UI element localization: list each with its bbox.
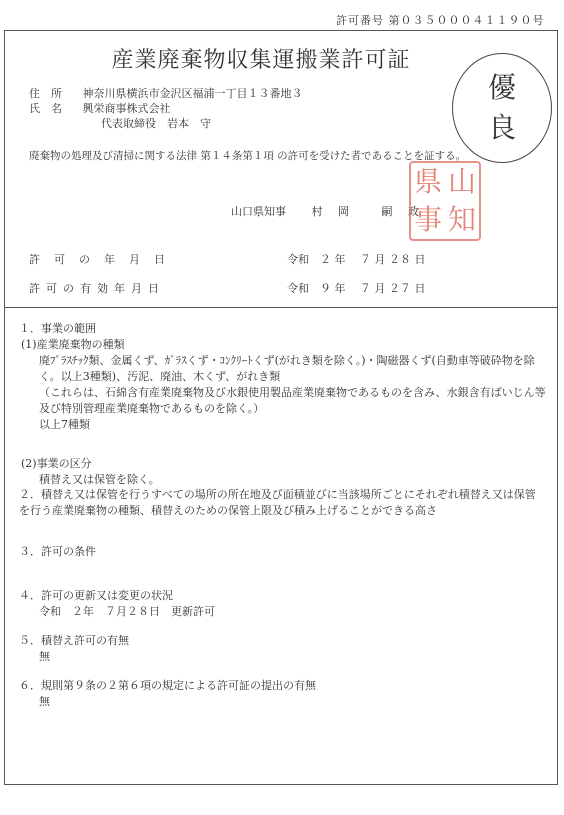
waste-types-count: 以上7種類 [39, 417, 90, 433]
permit-date-row: 許可の年月日 令和 ２ 年 ７ 月 ２８ 日 [29, 251, 179, 267]
waste-types-note: （これらは、石綿含有産業廃棄物及び水銀使用製品産業廃棄物であるものを含み、水銀含… [39, 385, 549, 417]
submission-status: 無 [39, 694, 50, 710]
transshipment-permit: 無 [39, 649, 50, 665]
section-1-2-title: (2)事業の区分 [21, 456, 92, 472]
section-2-title: ２．積替え又は保管を行うすべての場所の所在地及び面積並びに当該場所ごとにそれぞれ… [19, 487, 539, 519]
excellence-mark: 優 良 [452, 53, 552, 163]
section-1-title: １．事業の範囲 [19, 321, 96, 337]
name-row: 氏 名 興栄商事株式会社 [29, 100, 171, 116]
section-3-title: ３．許可の条件 [19, 544, 96, 560]
waste-types: 廃ﾌﾟﾗｽﾁｯｸ類、金属くず、ｶﾞﾗｽくず・ｺﾝｸﾘｰﾄくず(がれき類を除く。)… [39, 353, 549, 385]
business-category: 積替え又は保管を除く。 [39, 472, 160, 488]
section-4-title: ４．許可の更新又は変更の状況 [19, 588, 173, 604]
section-6-title: ６．規則第９条の２第６項の規定による許可証の提出の有無 [19, 678, 316, 694]
permit-number: 許可番号 第０３５０００４１１９０号 [336, 12, 545, 28]
certification-text: 廃棄物の処理及び清掃に関する法律 第１４条第１項 の許可を受けた者であることを証… [29, 148, 466, 163]
renewal-status: 令和 ２年 ７月２８日 更新許可 [39, 604, 215, 620]
representative: 代表取締役 岩本 守 [101, 115, 211, 131]
certificate-frame: 産業廃棄物収集運搬業許可証 優 良 住 所 神奈川県横浜市金沢区福浦一丁目１３番… [4, 30, 558, 785]
expiry-date-row: 許可の有効年月日 令和 ９ 年 ７ 月 ２７ 日 [29, 280, 165, 296]
divider [5, 307, 557, 308]
section-1-1-title: (1)産業廃棄物の種類 [21, 337, 125, 353]
official-seal: 県 山 事 知 [409, 161, 481, 241]
section-5-title: ５．積替え許可の有無 [19, 633, 129, 649]
issuer: 山口県知事 村 岡 嗣 政 [231, 203, 425, 219]
address-row: 住 所 神奈川県横浜市金沢区福浦一丁目１３番地３ [29, 85, 303, 101]
